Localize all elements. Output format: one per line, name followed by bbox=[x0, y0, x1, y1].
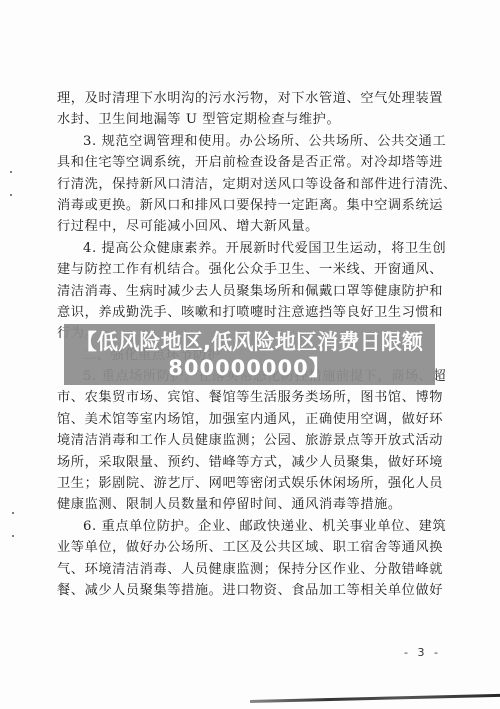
body-line: 健康监测、限制人员数量和停留时间、通风消毒等措施。 bbox=[57, 494, 435, 515]
body-line: 场所，采取限量、预约、错峰等方式，减少人员聚集，做好环境 bbox=[57, 452, 435, 473]
body-line: 境清洁消毒和工作人员健康监测；公园、旅游景点等开放式活动 bbox=[57, 430, 435, 451]
paragraph-3-start: 3. 规范空调管理和使用。办公场所、公共场所、公共交通工 bbox=[57, 131, 435, 152]
body-line: 气、环境清洁消毒、人员健康监测；保持分区作业、分散错峰就 bbox=[57, 559, 435, 580]
document-page: 理，及时清理下水明沟的污水污物，对下水管道、空气处理装置 水封、卫生间地漏等 U… bbox=[0, 0, 500, 709]
body-line: 清洁消毒、生病时减少去人员聚集场所和佩戴口罩等健康防护和 bbox=[57, 281, 435, 302]
body-line: 建与防控工作有机结合。强化公众手卫生、一米线、开窗通风、 bbox=[57, 259, 435, 280]
overlay-title-line-1: 【低风险地区,低风险地区消费日限额 bbox=[76, 329, 423, 355]
scan-speck bbox=[12, 512, 14, 514]
scan-speck bbox=[12, 535, 14, 537]
body-line: 消毒或更换。新风口和排风口要保持一定距离。集中空调系统运 bbox=[57, 195, 435, 216]
overlay-title-line-2: 800000000】 bbox=[168, 355, 331, 381]
page-number: - 3 - bbox=[404, 646, 441, 659]
body-line: 餐、减少人员聚集等措施。进口物资、食品加工等相关单位做好 bbox=[57, 580, 435, 601]
body-line: 意识，养成勤洗手、咳嗽和打喷嚏时注意遮挡等良好卫生习惯和 bbox=[57, 302, 435, 323]
body-line: 行过程中，尽可能减小回风、增大新风量。 bbox=[57, 216, 435, 237]
body-line: 理，及时清理下水明沟的污水污物，对下水管道、空气处理装置 bbox=[57, 88, 435, 109]
scan-speck bbox=[10, 171, 12, 173]
scan-speck bbox=[10, 194, 12, 196]
paragraph-6-start: 6. 重点单位防护。企业、邮政快递业、机关事业单位、建筑 bbox=[57, 516, 435, 537]
body-line: 业等单位，做好办公场所、工区及公共区域、职工宿舍等通风换 bbox=[57, 537, 435, 558]
scan-page-edge bbox=[250, 694, 500, 703]
title-overlay-banner: 【低风险地区,低风险地区消费日限额 800000000】 bbox=[64, 324, 435, 385]
body-line: 水封、卫生间地漏等 U 型管定期检查与维护。 bbox=[57, 109, 435, 130]
body-line: 市、农集贸市场、宾馆、餐馆等生活服务类场所，图书馆、博物 bbox=[57, 387, 435, 408]
body-line: 卫生；影剧院、游艺厅、网吧等密闭式娱乐休闲场所，强化人员 bbox=[57, 473, 435, 494]
body-line: 具和住宅等空调系统，开启前检查设备是否正常。对冷却塔等进 bbox=[57, 152, 435, 173]
paragraph-4-start: 4. 提高公众健康素养。开展新时代爱国卫生运动，将卫生创 bbox=[57, 238, 435, 259]
body-line: 馆、美术馆等室内场馆，加强室内通风，正确使用空调，做好环 bbox=[57, 409, 435, 430]
body-line: 行清洗，保持新风口清洁，定期对送风口等设备和部件进行清洗、 bbox=[57, 174, 435, 195]
